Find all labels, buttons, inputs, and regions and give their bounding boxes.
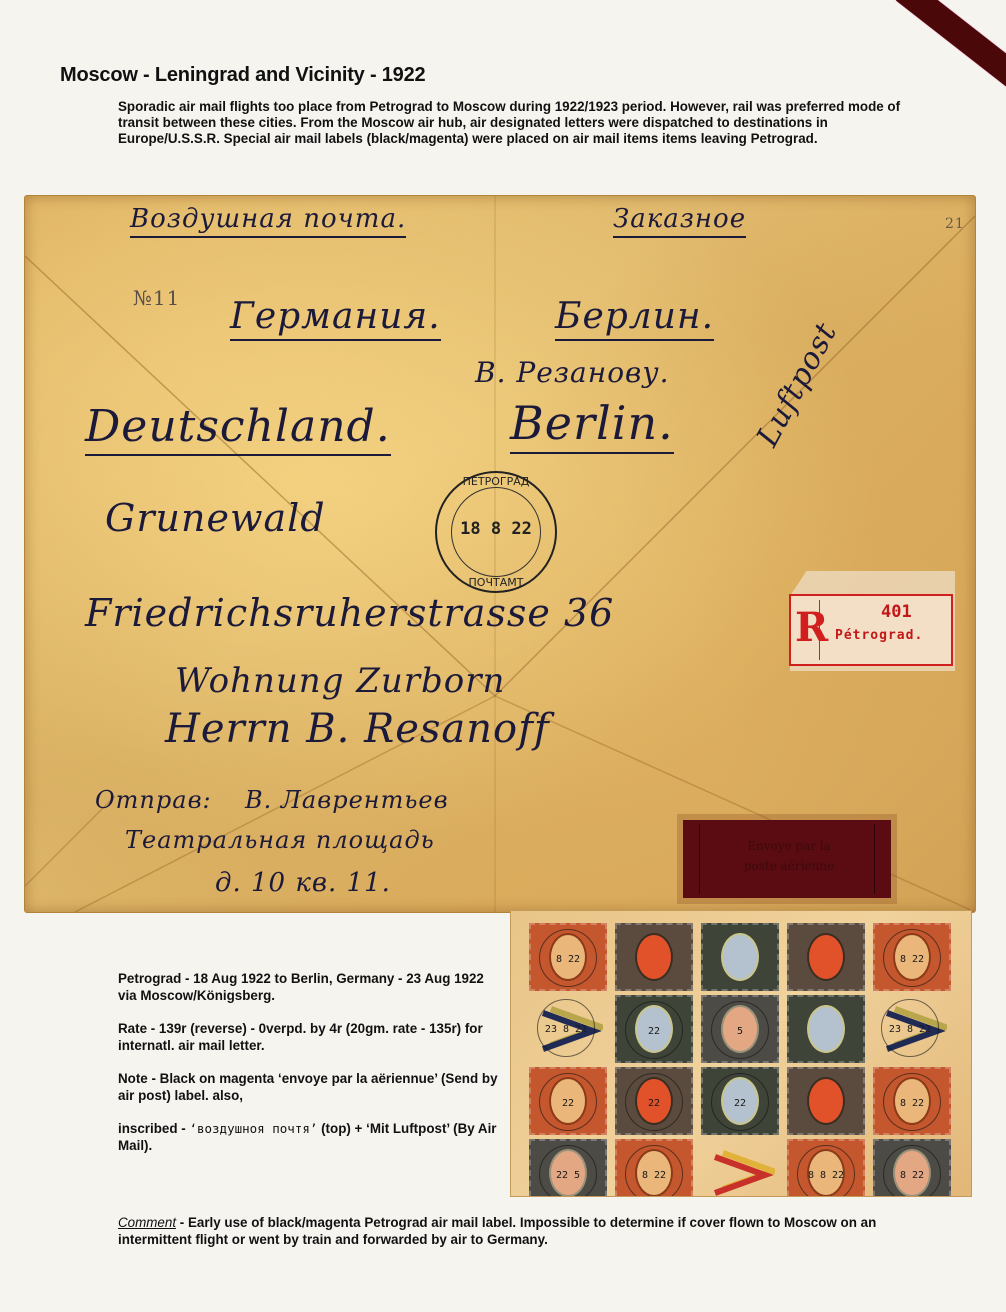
handwriting-city-ru: Берлин. bbox=[555, 296, 714, 341]
postage-stamp bbox=[787, 1067, 865, 1135]
caption-route: Petrograd - 18 Aug 1922 to Berlin, Germa… bbox=[118, 970, 498, 1004]
handwriting-sender-house: д. 10 кв. 11. bbox=[215, 868, 391, 898]
airmail-v-mark bbox=[701, 1139, 779, 1197]
corner-mark: 21 bbox=[945, 216, 965, 232]
cancellation-mark: 23 8 22 bbox=[537, 999, 595, 1057]
handwriting-city-de: Berlin. bbox=[510, 396, 674, 454]
petrograd-postmark: ПЕТРОГРАД 18 8 22 ПОЧТАМТ bbox=[435, 471, 557, 593]
cancellation-mark: 22 bbox=[711, 1073, 769, 1131]
envelope-cover: Воздушная почта. Заказное №11 Германия. … bbox=[24, 195, 976, 913]
comment-label: Comment bbox=[118, 1215, 176, 1230]
cancellation-mark: 5 bbox=[711, 1001, 769, 1059]
handwriting-addressee-ru: В. Резанову. bbox=[475, 356, 670, 389]
cancellation-mark: 23 8 22 bbox=[881, 999, 939, 1057]
handwriting-country-de: Deutschland. bbox=[85, 401, 391, 456]
registration-label: R 401 Pétrograd. bbox=[789, 594, 953, 666]
cancellation-mark: 22 bbox=[625, 1001, 683, 1059]
cancellation-mark: 8 22 bbox=[539, 929, 597, 987]
page-title: Moscow - Leningrad and Vicinity - 1922 bbox=[60, 64, 425, 87]
caption-inscribed: inscribed - ‘воздушноя почтя’ (top) + ‘M… bbox=[118, 1120, 498, 1154]
cancellation-mark: 8 22 bbox=[883, 1145, 941, 1197]
registration-number: 401 bbox=[881, 602, 912, 622]
cancellation-mark: 8 22 bbox=[883, 1073, 941, 1131]
postage-stamp: 22 5 bbox=[529, 1139, 607, 1197]
cancellation-mark: 8 22 bbox=[625, 1145, 683, 1197]
postage-stamp bbox=[615, 923, 693, 991]
corner-ribbon bbox=[896, 0, 1006, 87]
postage-stamp: 8 22 bbox=[873, 1067, 951, 1135]
stamps-panel: 8 228 2223 8 2222523 8 222222228 2222 58… bbox=[510, 910, 972, 1197]
airmail-label: Envoye par la poste aérienne bbox=[683, 820, 891, 898]
handwriting-sender-name: В. Лаврентьев bbox=[245, 786, 449, 814]
caption-rate: Rate - 139r (reverse) - 0verpd. by 4r (2… bbox=[118, 1020, 498, 1054]
airmail-v-mark: 23 8 22 bbox=[529, 995, 607, 1063]
cancellation-mark: 8 8 22 bbox=[797, 1145, 855, 1197]
handwriting-apartment: Wohnung Zurborn bbox=[175, 661, 505, 701]
postage-stamp: 8 22 bbox=[873, 1139, 951, 1197]
postage-stamp: 22 bbox=[615, 995, 693, 1063]
postage-stamp: 22 bbox=[615, 1067, 693, 1135]
caption: Petrograd - 18 Aug 1922 to Berlin, Germa… bbox=[118, 970, 498, 1170]
postage-stamp: 8 22 bbox=[873, 923, 951, 991]
handwriting-recipient: Herrn B. Resanoff bbox=[165, 706, 550, 752]
handwriting-registered-ru: Заказное bbox=[613, 204, 746, 238]
registration-r-glyph: R bbox=[795, 604, 828, 651]
caption-note: Note - Black on magenta ‘envoye par la a… bbox=[118, 1070, 498, 1104]
comment-text: - Early use of black/magenta Petrograd a… bbox=[118, 1215, 876, 1247]
postage-stamp: 8 22 bbox=[529, 923, 607, 991]
postage-stamp: 22 bbox=[701, 1067, 779, 1135]
handwriting-number: №11 bbox=[133, 286, 180, 310]
postage-stamp: 8 8 22 bbox=[787, 1139, 865, 1197]
intro-paragraph: Sporadic air mail flights too place from… bbox=[118, 99, 918, 147]
postage-stamp: 5 bbox=[701, 995, 779, 1063]
handwriting-sender-label: Отправ: bbox=[95, 786, 212, 814]
cancellation-mark: 22 bbox=[625, 1073, 683, 1131]
postage-stamp: 8 22 bbox=[615, 1139, 693, 1197]
comment: Comment - Early use of black/magenta Pet… bbox=[118, 1214, 918, 1248]
handwriting-street: Friedrichsruherstrasse 36 bbox=[85, 591, 614, 635]
handwriting-district: Grunewald bbox=[105, 496, 326, 540]
cancellation-mark: 8 22 bbox=[883, 929, 941, 987]
handwriting-sender-street: Театральная площадь bbox=[125, 826, 435, 854]
postage-stamp bbox=[787, 995, 865, 1063]
cancellation-mark: 22 5 bbox=[539, 1145, 597, 1197]
cancellation-mark: 22 bbox=[539, 1073, 597, 1131]
postage-stamp bbox=[787, 923, 865, 991]
handwriting-airmail-ru: Воздушная почта. bbox=[130, 204, 406, 238]
stamp-grid: 8 228 2223 8 2222523 8 222222228 2222 58… bbox=[529, 923, 951, 1197]
postage-stamp bbox=[701, 923, 779, 991]
registration-city: Pétrograd. bbox=[835, 628, 923, 643]
airmail-v-mark: 23 8 22 bbox=[873, 995, 951, 1063]
handwriting-country-ru: Германия. bbox=[230, 296, 441, 341]
postage-stamp: 22 bbox=[529, 1067, 607, 1135]
